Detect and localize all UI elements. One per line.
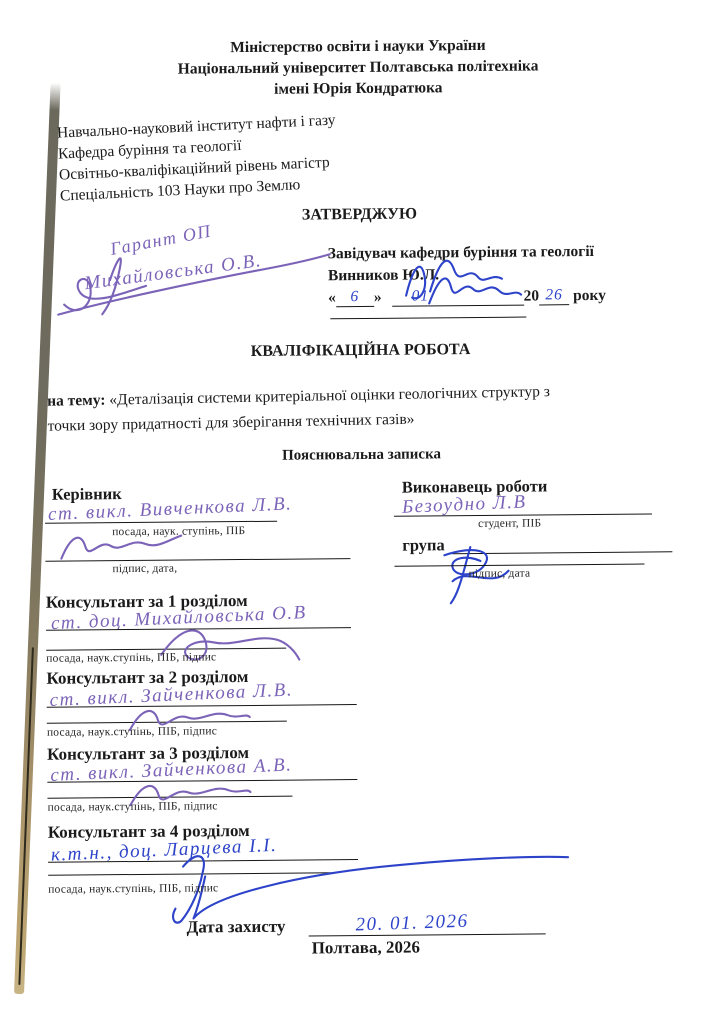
header-block: Міністерство освіти і науки України Наці… xyxy=(0,33,720,102)
executor-caption2: підпис, дата xyxy=(468,568,530,581)
consultant-3-line2 xyxy=(47,776,292,799)
topic-line1: «Деталізація системи критеріальної оцінк… xyxy=(105,383,550,409)
consultant-1-line2 xyxy=(46,628,286,651)
consultant-2-line2 xyxy=(47,701,287,724)
consultant-2-caption: посада, наук.ступінь, ПІБ, підпис xyxy=(47,725,217,738)
work-subtitle: Пояснювальна записка xyxy=(0,444,724,467)
consultant-4-line2 xyxy=(48,852,333,875)
date-year-handwriting: 26 xyxy=(545,286,563,303)
topic-label: на тему: xyxy=(47,392,106,410)
topic-block: на тему: «Деталізація системи критеріаль… xyxy=(47,377,678,439)
supervisor-caption2: підпис, дата, xyxy=(112,563,177,576)
date-suffix: року xyxy=(573,287,606,305)
consultant-3-caption: посада, наук.ступінь, ПІБ, підпис xyxy=(48,800,218,813)
document-sheet: Міністерство освіти і науки України Наці… xyxy=(0,0,724,1024)
executor-line1 xyxy=(394,493,652,516)
supervisor-caption1: посада, наук. ступінь, ПІБ xyxy=(112,525,245,538)
head-title: Завідувач кафедри буріння та геології xyxy=(328,241,594,264)
consultant-1-caption: посада, наук.ступінь, ПІБ, підпис xyxy=(46,651,216,664)
institute-block: Навчально-науковий інститут нафти і газу… xyxy=(57,110,339,207)
approve-heading: ЗАТВЕРДЖУЮ xyxy=(0,203,721,227)
approval-underline xyxy=(330,297,526,320)
defense-date-label: Дата захисту xyxy=(187,917,286,938)
supervisor-line1 xyxy=(45,501,277,524)
date-year-slot: 26 xyxy=(539,286,569,305)
executor-caption1: студент, ПІБ xyxy=(478,517,541,530)
defense-date-handwriting: 20. 01. 2026 xyxy=(355,911,469,937)
scanned-title-page: Міністерство освіти і науки України Наці… xyxy=(0,0,724,1024)
garant-handwriting-line1: Гарант ОП xyxy=(109,221,214,260)
head-name: Винников Ю.Л. xyxy=(328,264,439,286)
executor-line2 xyxy=(394,544,644,567)
work-heading: КВАЛІФІКАЦІЙНА РОБОТА xyxy=(0,339,723,363)
supervisor-line2 xyxy=(45,538,350,562)
city-year: Полтава, 2026 xyxy=(4,935,724,961)
consultant-4-caption: посада, наук.ступінь, ПІБ, підпис xyxy=(48,882,218,895)
consultant-1-line1 xyxy=(46,607,351,631)
garant-handwriting-line2: Михайловська О.В. xyxy=(83,250,263,295)
